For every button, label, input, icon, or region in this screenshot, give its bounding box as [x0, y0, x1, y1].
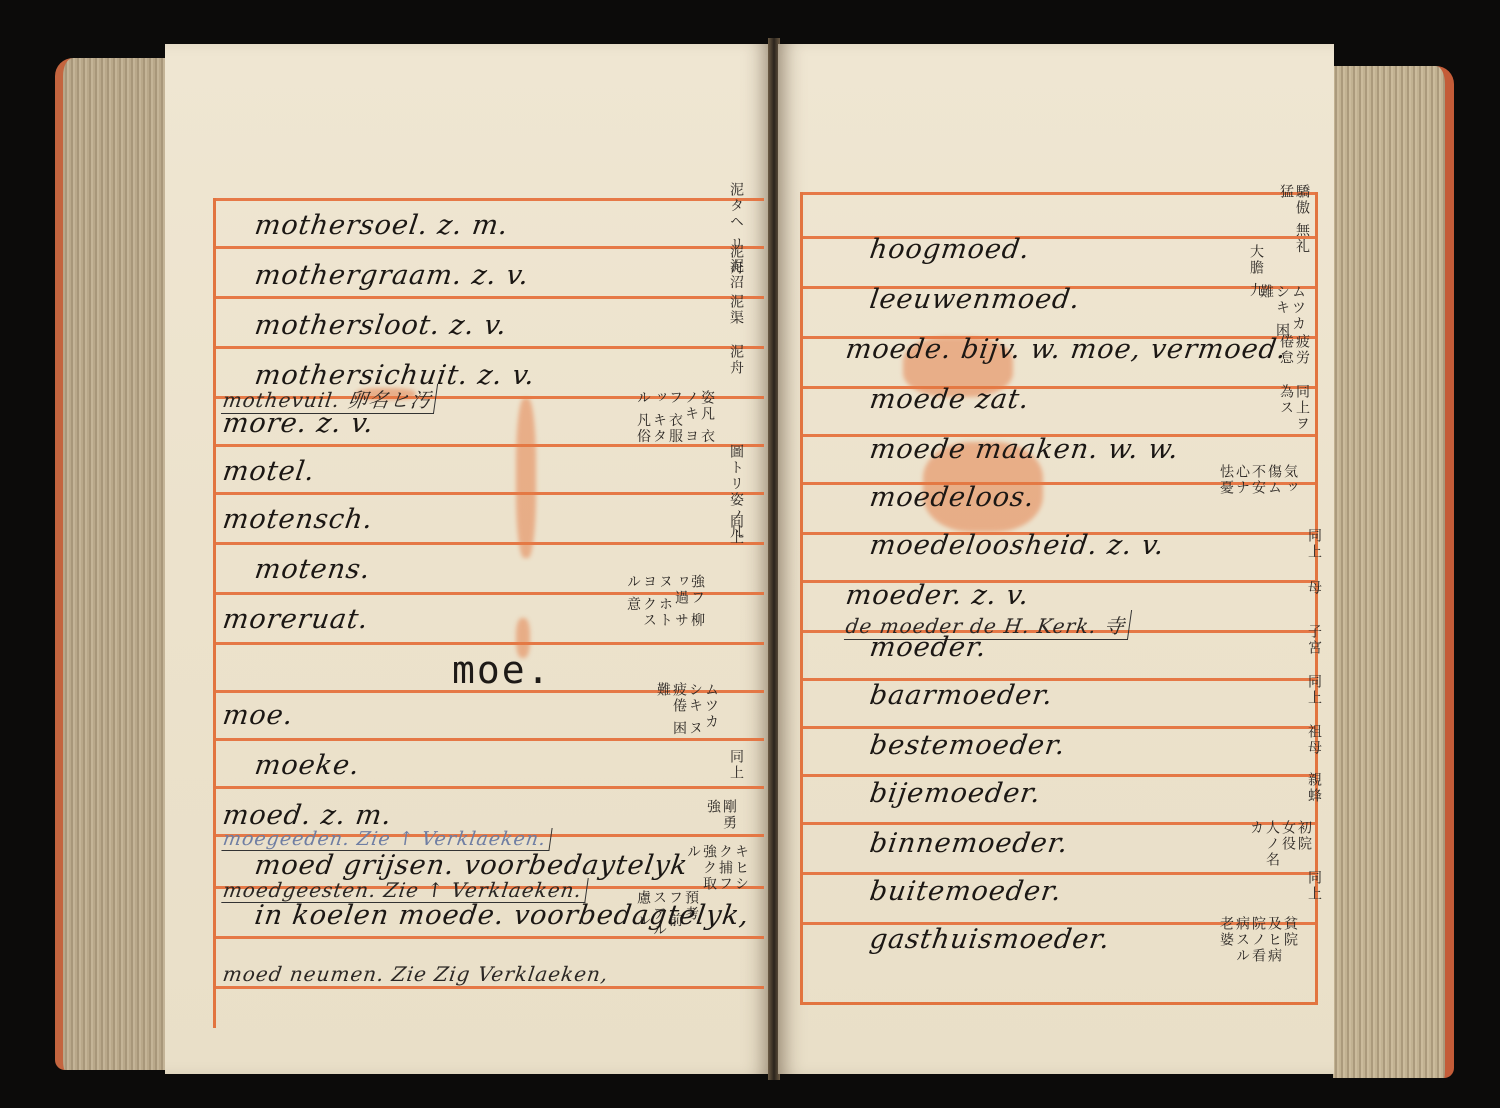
gloss-right-4: 同上ヲ 為ス: [1278, 384, 1310, 434]
entry-motens: motens.: [253, 554, 373, 585]
annotation-moegeeden: moegeeden. Zie ↑ Verklaeken.: [221, 828, 552, 851]
gloss-left-1: 泥舟: [728, 244, 744, 276]
gloss-left-11: 剛勇 強: [705, 799, 737, 849]
open-book: mothersoel. z. m. mothergraam. z. v. mot…: [40, 38, 1460, 1088]
gloss-right-0: 驕傲 無礼 猛: [1278, 184, 1310, 264]
entry-bijemoeder: bijemoeder.: [868, 778, 1043, 809]
gloss-left-2: 泥渠: [728, 294, 744, 326]
entry-moed: moed. z. m.: [221, 800, 394, 831]
gloss-right-9: 同上: [1306, 674, 1322, 706]
entry-moedeloos: moedeloos.: [868, 482, 1037, 513]
gloss-right-10: 祖母: [1306, 724, 1322, 756]
entry-leeuwenmoed: leeuwenmoed.: [868, 284, 1083, 315]
entry-bestemoeder: bestemoeder.: [868, 730, 1068, 761]
gloss-right-8: 子宮: [1306, 624, 1322, 656]
gloss-left-10: 同上: [728, 749, 744, 781]
entry-moeder: moeder.: [868, 632, 989, 663]
gloss-left-12: キヒシ ク捕フ 強ク取 ル: [685, 844, 749, 894]
entry-buitemoeder: buitemoeder.: [868, 876, 1064, 907]
entry-moreruat: moreruat.: [221, 604, 371, 635]
entry-moeke: moeke.: [253, 750, 362, 781]
entry-moede-zat: moede zat.: [868, 384, 1032, 415]
gloss-right-13: 同上: [1306, 870, 1322, 902]
page-edges-right: [1333, 66, 1454, 1078]
gloss-right-7: 母: [1306, 580, 1322, 596]
gloss-right-3: 疲労 倦怠: [1278, 334, 1310, 384]
gloss-left-7: 同上: [728, 514, 744, 546]
entry-moede-maaken: moede maaken. w. w.: [868, 434, 1181, 465]
entry-motensch: motensch.: [221, 504, 375, 535]
entry-gasthuismoeder: gasthuismoeder.: [868, 924, 1112, 955]
entry-moed-neumen: moed neumen. Zie Zig Verklaeken,: [221, 962, 610, 986]
gloss-left-13: 預考 フ 前スアル慮 ル: [635, 890, 699, 940]
gloss-left-8: 強フ 柳ヮ過 サヌ ホトヨ クスル 意: [625, 574, 705, 634]
entry-moed-grijsen: moed grijsen. voorbedaytelyk: [253, 850, 690, 881]
gloss-left-9: ムツカ シキ ヌ 疲倦 困難: [655, 682, 719, 742]
gloss-right-5: 気ッ 傷ム 不安 心ナ 怯憂: [1218, 464, 1298, 514]
entry-moede-bijv: moede. bijv. w. moe, vermoed.: [844, 334, 1289, 365]
printed-headword-moe: moe.: [452, 648, 552, 692]
entry-mothersloot: mothersloot. z. v.: [253, 310, 509, 341]
gloss-right-6: 同上: [1306, 528, 1322, 560]
entry-moedeloosheid: moedeloosheid. z. v.: [868, 530, 1167, 561]
gloss-right-14: 貧院 及ヒ病 院ノ看 病スル 老婆: [1218, 916, 1298, 968]
entry-baarmoeder: baarmoeder.: [868, 680, 1055, 711]
entry-more: more. z. v.: [221, 408, 376, 439]
entry-hoogmoed: hoogmoed.: [868, 234, 1032, 265]
gloss-left-3: 泥舟: [728, 344, 744, 376]
entry-motel: motel.: [221, 456, 317, 487]
gloss-right-11: 親蜂: [1306, 772, 1322, 804]
page-edges-left: [55, 58, 173, 1070]
gloss-right-12: 初院 女役 人ノ名 カ: [1248, 820, 1312, 870]
entry-moe: moe.: [221, 700, 296, 731]
gloss-left-4: 姿凡 衣ノキ ヨフ 衣服ッ キタル 凡俗: [635, 390, 715, 460]
entry-moeder-zv: moeder. z. v.: [844, 580, 1032, 611]
entry-binnemoeder: binnemoeder.: [868, 828, 1071, 859]
entry-mothersoel: mothersoel. z. m.: [253, 210, 511, 241]
entry-mothergraam: mothergraam. z. v.: [253, 260, 532, 291]
left-page: mothersoel. z. m. mothergraam. z. v. mot…: [165, 44, 770, 1074]
right-page: hoogmoed. leeuwenmoed. moede. bijv. w. m…: [778, 44, 1334, 1074]
